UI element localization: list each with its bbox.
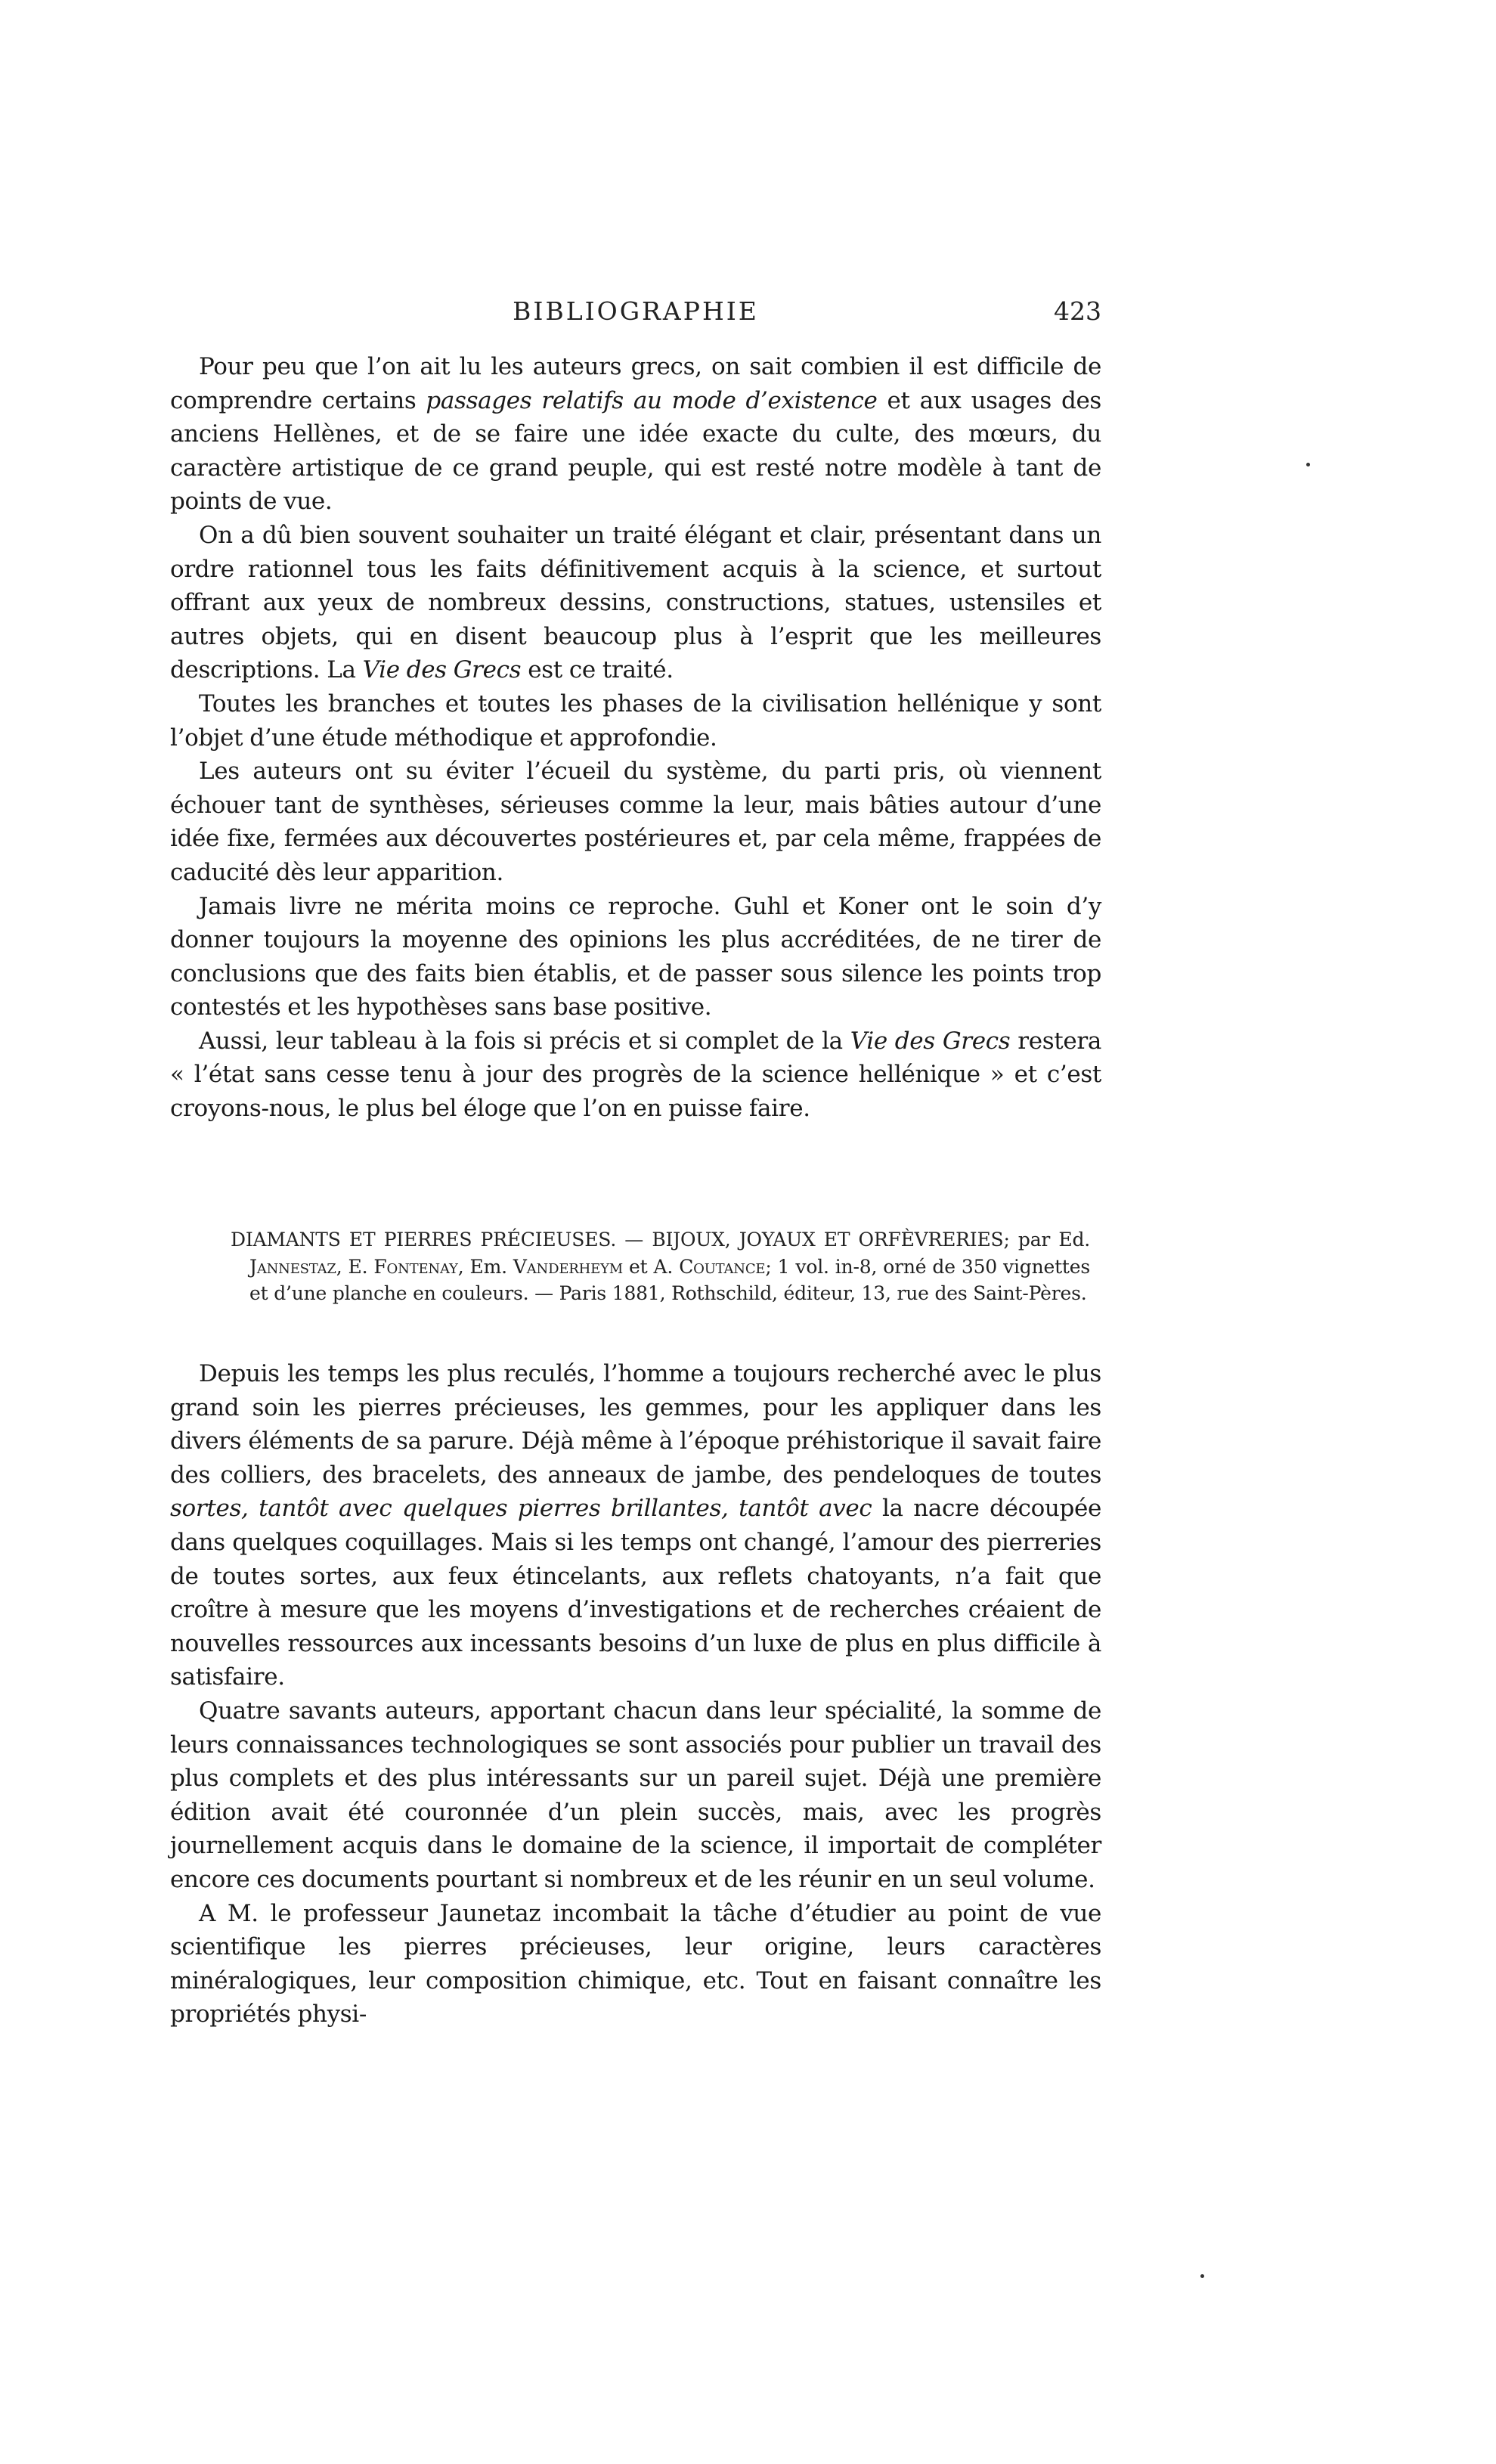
paragraph: Toutes les branches et toutes les phases… <box>170 687 1101 755</box>
text-run: Toutes les branches et toutes les phases… <box>170 690 1101 752</box>
text-run: A M. le professeur Jaunetaz incombait la… <box>170 1900 1101 2029</box>
paragraph: A M. le professeur Jaunetaz incombait la… <box>170 1897 1101 2032</box>
citation-title: DIAMANTS ET PIERRES PRÉCIEUSES. — BIJOUX… <box>231 1229 1003 1251</box>
italic-text: Vie des Grecs <box>363 656 522 683</box>
italic-text: Vie des Grecs <box>850 1027 1011 1055</box>
text-run: Quatre savants auteurs, apportant chacun… <box>170 1697 1101 1893</box>
author-name: Fontenay <box>373 1256 457 1278</box>
author-name: Coutance <box>679 1256 765 1278</box>
italic-text: passages relatifs au mode d’existence <box>426 387 877 414</box>
paragraph: Depuis les temps les plus reculés, l’hom… <box>170 1357 1101 1694</box>
paragraph: Aussi, leur tableau à la fois si précis … <box>170 1024 1101 1126</box>
text-run: Depuis les temps les plus reculés, l’hom… <box>170 1360 1101 1489</box>
running-head: BIBLIOGRAPHIE 423 <box>170 296 1101 334</box>
running-title: BIBLIOGRAPHIE <box>170 296 1101 326</box>
text-run: la nacre découpée dans quelques coquilla… <box>170 1495 1101 1691</box>
paragraph: On a dû bien souvent souhaiter un traité… <box>170 519 1101 687</box>
text-run: est ce traité. <box>521 656 674 683</box>
author-name: Vanderheym <box>513 1256 623 1278</box>
text-run: Jamais livre ne mérita moins ce reproche… <box>170 893 1101 1021</box>
author-name: Jannestaz <box>249 1256 336 1278</box>
page-number: 423 <box>1054 296 1101 326</box>
paragraph: Pour peu que l’on ait lu les auteurs gre… <box>170 350 1101 519</box>
text-run: Les auteurs ont su éviter l’écueil du sy… <box>170 758 1101 886</box>
scanned-book-page: BIBLIOGRAPHIE 423 Pour peu que l’on ait … <box>0 0 1496 2464</box>
bibliographic-citation: DIAMANTS ET PIERRES PRÉCIEUSES. — BIJOUX… <box>231 1226 1090 1307</box>
scan-speck <box>1200 2274 1204 2278</box>
review-diamants-pierres-precieuses: Depuis les temps les plus reculés, l’hom… <box>170 1357 1101 2032</box>
review-vie-des-grecs: Pour peu que l’on ait lu les auteurs gre… <box>170 350 1101 1126</box>
paragraph: Quatre savants auteurs, apportant chacun… <box>170 1694 1101 1897</box>
text-run: Aussi, leur tableau à la fois si précis … <box>199 1027 850 1055</box>
paragraph: Les auteurs ont su éviter l’écueil du sy… <box>170 755 1101 889</box>
paragraph: Jamais livre ne mérita moins ce reproche… <box>170 890 1101 1024</box>
italic-text: sortes, tantôt avec quelques pierres bri… <box>170 1495 872 1522</box>
scan-speck <box>1306 463 1310 466</box>
scan-speck <box>484 704 486 706</box>
